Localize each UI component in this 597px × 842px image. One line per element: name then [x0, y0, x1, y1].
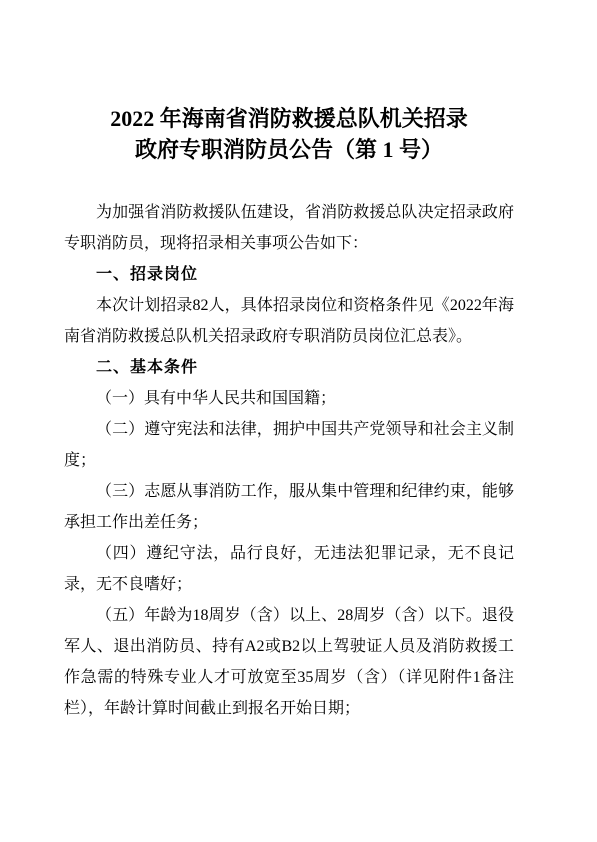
document-page: 2022 年海南省消防救援总队机关招录 政府专职消防员公告（第 1 号） 为加强…	[0, 0, 597, 842]
document-title-line-2: 政府专职消防员公告（第 1 号）	[64, 134, 514, 165]
condition-item-5: （五）年龄为18周岁（含）以上、28周岁（含）以下。退役军人、退出消防员、持有A…	[64, 600, 514, 724]
section-heading-conditions: 二、基本条件	[64, 352, 514, 383]
intro-paragraph: 为加强省消防救援队伍建设，省消防救援总队决定招录政府专职消防员，现将招录相关事项…	[64, 197, 514, 259]
section-heading-positions: 一、招录岗位	[64, 259, 514, 290]
document-content: 2022 年海南省消防救援总队机关招录 政府专职消防员公告（第 1 号） 为加强…	[64, 0, 514, 724]
condition-item-3: （三）志愿从事消防工作，服从集中管理和纪律约束，能够承担工作出差任务；	[64, 476, 514, 538]
positions-paragraph: 本次计划招录82人，具体招录岗位和资格条件见《2022年海南省消防救援总队机关招…	[64, 290, 514, 352]
condition-item-4: （四）遵纪守法，品行良好，无违法犯罪记录，无不良记录，无不良嗜好；	[64, 538, 514, 600]
condition-item-1: （一）具有中华人民共和国国籍；	[64, 383, 514, 414]
condition-item-2: （二）遵守宪法和法律，拥护中国共产党领导和社会主义制度；	[64, 414, 514, 476]
document-title-line-1: 2022 年海南省消防救援总队机关招录	[64, 103, 514, 134]
document-title: 2022 年海南省消防救援总队机关招录 政府专职消防员公告（第 1 号）	[64, 103, 514, 165]
